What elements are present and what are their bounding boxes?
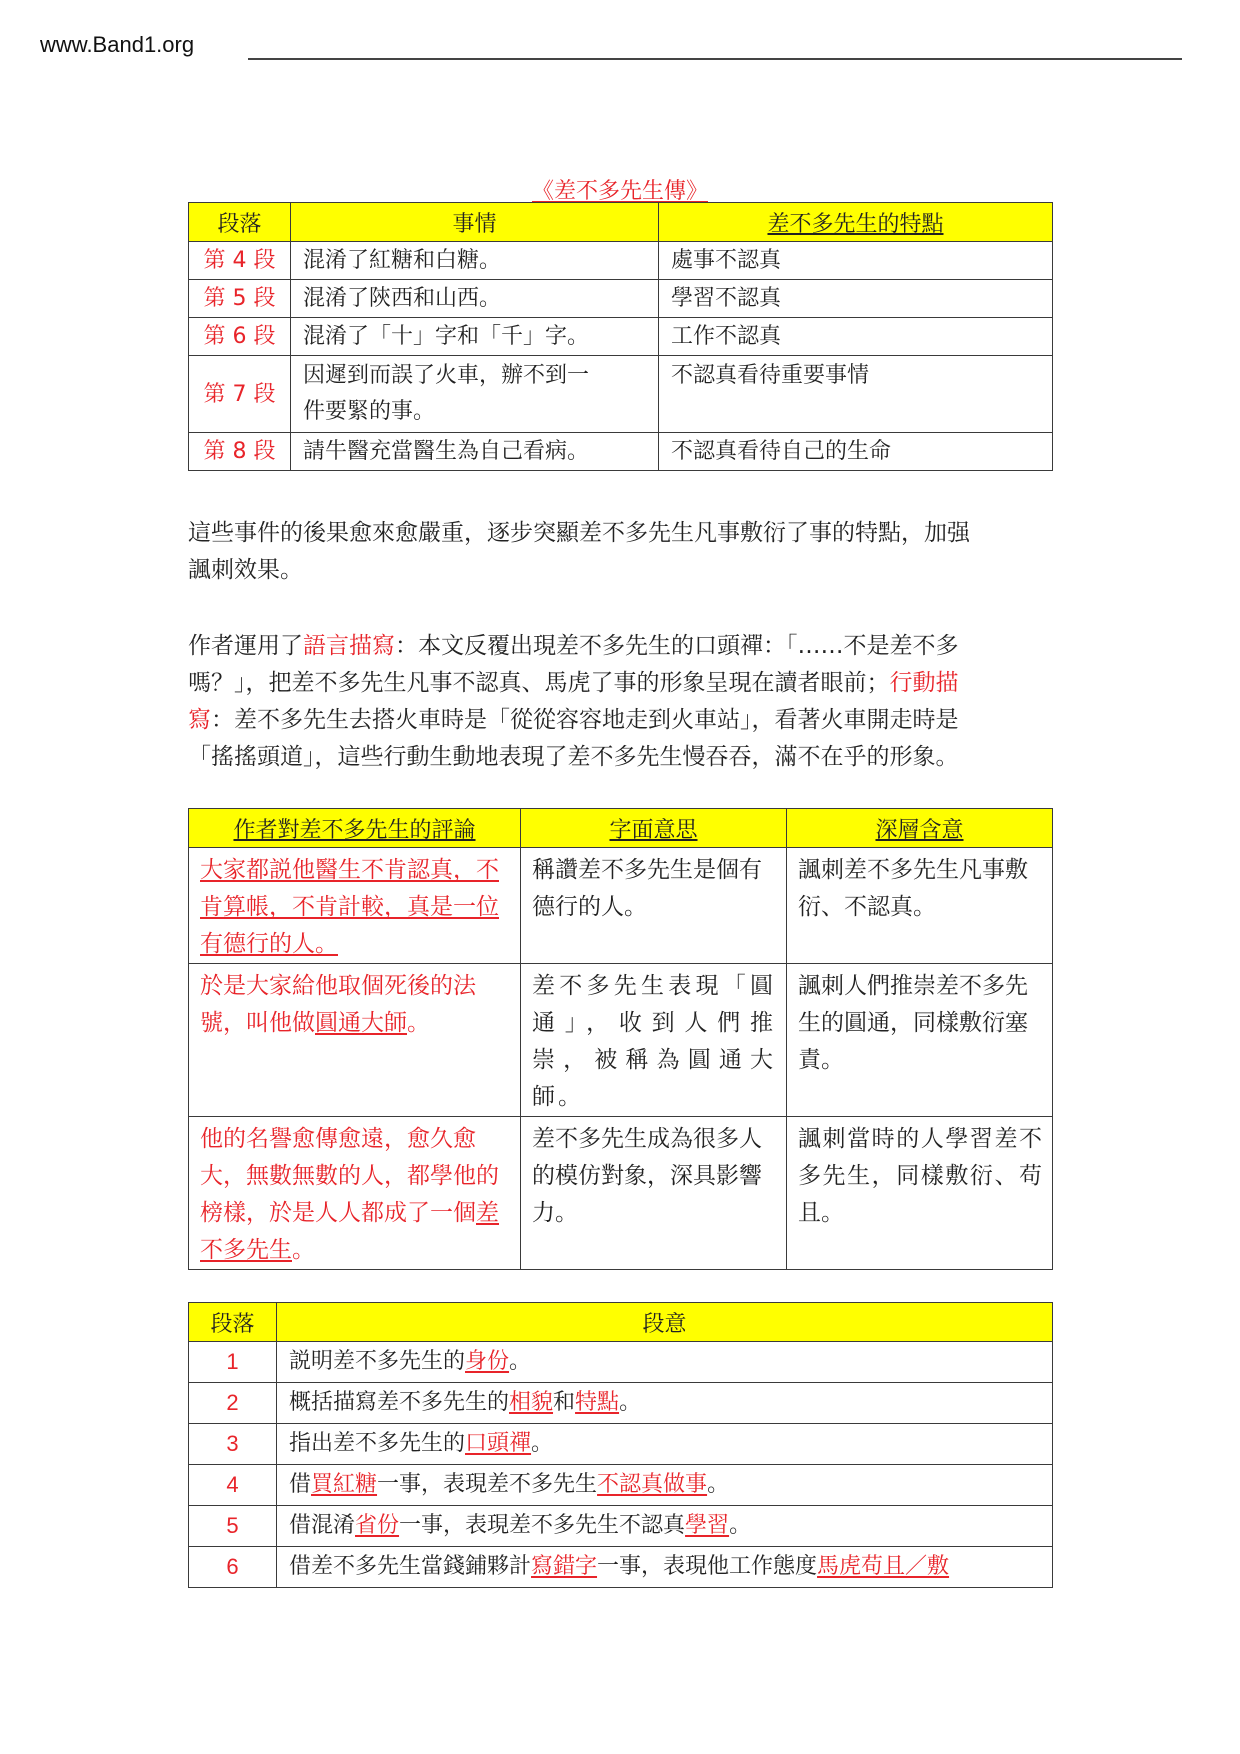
text-span: 。	[707, 1472, 729, 1497]
event-cell: 混淆了陝西和山西。	[291, 280, 659, 318]
paragraph-number: 1	[189, 1342, 277, 1383]
table-row: 3指出差不多先生的口頭禪。	[189, 1424, 1053, 1465]
text-span: 。	[509, 1349, 531, 1374]
text-span: 。	[407, 1010, 430, 1036]
paragraph-number: 4	[189, 1465, 277, 1506]
literal-cell: 差不多先生成為很多人的模仿對象，深具影響力。	[521, 1117, 787, 1270]
text-span: 和	[553, 1390, 575, 1415]
deep-cell: 諷刺人們推崇差不多先生的圓通，同樣敷衍塞責。	[787, 964, 1053, 1117]
highlight-action-description: 寫	[188, 707, 211, 733]
text-line: 嗎？」，把差不多先生凡事不認真、馬虎了事的形象呈現在讀者眼前；行動描	[188, 665, 1058, 702]
meaning-cell: 借混淆省份一事，表現差不多先生不認真學習。	[277, 1506, 1053, 1547]
paragraph-number: 3	[189, 1424, 277, 1465]
header-comment: 作者對差不多先生的評論	[189, 809, 521, 848]
trait-cell: 處事不認真	[659, 242, 1053, 280]
text-span: 借混淆	[289, 1513, 355, 1538]
events-table: 段落 事情 差不多先生的特點 第 4 段 混淆了紅糖和白糖。 處事不認真 第 5…	[188, 202, 1053, 471]
table-row: 4借買紅糖一事，表現差不多先生不認真做事。	[189, 1465, 1053, 1506]
meaning-cell: 説明差不多先生的身份。	[277, 1342, 1053, 1383]
trait-cell: 不認真看待重要事情	[659, 356, 1053, 433]
header-trait: 差不多先生的特點	[659, 203, 1053, 242]
comment-cell: 他的名譽愈傳愈遠，愈久愈大，無數無數的人，都學他的榜樣，於是人人都成了一個差不多…	[189, 1117, 521, 1270]
table-row: 第 6 段 混淆了「十」字和「千」字。 工作不認真	[189, 318, 1053, 356]
header-deep: 深層含意	[787, 809, 1053, 848]
text-line: 作者運用了語言描寫：本文反覆出現差不多先生的口頭禪：「……不是差不多	[188, 628, 1058, 665]
text-line: 「搖搖頭道」，這些行動生動地表現了差不多先生慢吞吞，滿不在乎的形象。	[188, 739, 1058, 776]
header-literal: 字面意思	[521, 809, 787, 848]
header-rule	[248, 58, 1182, 60]
text-span: ：本文反覆出現差不多先生的口頭禪：「……不是差不多	[395, 633, 959, 659]
table-row: 他的名譽愈傳愈遠，愈久愈大，無數無數的人，都學他的榜樣，於是人人都成了一個差不多…	[189, 1117, 1053, 1270]
header-paragraph: 段落	[189, 203, 291, 242]
highlight-action-description: 行動描	[890, 670, 959, 696]
text-span: 一事，表現差不多先生	[377, 1472, 597, 1497]
header-meaning: 段意	[277, 1303, 1053, 1342]
paragraph-cell: 第 7 段	[189, 356, 291, 433]
commentary-table: 作者對差不多先生的評論 字面意思 深層含意 大家都説他醫生不肯認真，不肯算帳，不…	[188, 808, 1053, 1270]
event-cell: 混淆了紅糖和白糖。	[291, 242, 659, 280]
text-span: 。	[729, 1513, 751, 1538]
paragraph-cell: 第 5 段	[189, 280, 291, 318]
paragraph-number: 5	[189, 1506, 277, 1547]
technique-paragraph: 作者運用了語言描寫：本文反覆出現差不多先生的口頭禪：「……不是差不多 嗎？」，把…	[188, 628, 1058, 776]
header-paragraph: 段落	[189, 1303, 277, 1342]
paragraph-summary-table: 段落 段意 1説明差不多先生的身份。 2概括描寫差不多先生的相貌和特點。 3指出…	[188, 1302, 1053, 1588]
table-row: 2概括描寫差不多先生的相貌和特點。	[189, 1383, 1053, 1424]
table-row: 6借差不多先生當錢鋪夥計寫錯字一事，表現他工作態度馬虎苟且／敷	[189, 1547, 1053, 1588]
highlighted-keyword: 身份	[465, 1349, 509, 1374]
literal-cell: 稱讚差不多先生是個有德行的人。	[521, 848, 787, 964]
text-span: 作者運用了	[188, 633, 303, 659]
event-line: 因遲到而誤了火車，辦不到一	[303, 358, 658, 394]
text-span: ：差不多先生去搭火車時是「從從容容地走到火車站」，看著火車開走時是	[211, 707, 959, 733]
text-span: 。	[619, 1390, 641, 1415]
document-title: 《差不多先生傳》	[188, 174, 1052, 205]
deep-cell: 諷刺當時的人學習差不多先生，同樣敷衍、苟且。	[787, 1117, 1053, 1270]
highlighted-keyword: 馬虎苟且／敷	[817, 1554, 949, 1579]
text-span: 。	[531, 1431, 553, 1456]
text-span: 嗎？」，把差不多先生凡事不認真、馬虎了事的形象呈現在讀者眼前；	[188, 670, 890, 696]
table-row: 於是大家給他取個死後的法號，叫他做圓通大師。 差不多先生表現「圓通」，收到人們推…	[189, 964, 1053, 1117]
table-header-row: 作者對差不多先生的評論 字面意思 深層含意	[189, 809, 1053, 848]
table-row: 第 8 段 請牛醫充當醫生為自己看病。 不認真看待自己的生命	[189, 433, 1053, 471]
event-line: 件要緊的事。	[303, 394, 658, 430]
text-span: 。	[292, 1237, 315, 1263]
text-span: 他的名譽愈傳愈遠，愈久愈大，無數無數的人，都學他的榜樣，於是人人都成了一個	[200, 1126, 499, 1226]
meaning-cell: 指出差不多先生的口頭禪。	[277, 1424, 1053, 1465]
event-cell: 因遲到而誤了火車，辦不到一 件要緊的事。	[291, 356, 659, 433]
highlighted-keyword: 學習	[685, 1513, 729, 1538]
header-event: 事情	[291, 203, 659, 242]
text-span: 説明差不多先生的	[289, 1349, 465, 1374]
consequence-paragraph: 這些事件的後果愈來愈嚴重，逐步突顯差不多先生凡事敷衍了事的特點，加强 諷刺效果。	[188, 515, 1058, 589]
text-span: 借	[289, 1472, 311, 1497]
table-row: 第 4 段 混淆了紅糖和白糖。 處事不認真	[189, 242, 1053, 280]
meaning-cell: 借買紅糖一事，表現差不多先生不認真做事。	[277, 1465, 1053, 1506]
comment-cell: 於是大家給他取個死後的法號，叫他做圓通大師。	[189, 964, 521, 1117]
highlighted-keyword: 買紅糖	[311, 1472, 377, 1497]
deep-cell: 諷刺差不多先生凡事敷衍、不認真。	[787, 848, 1053, 964]
paragraph-number: 2	[189, 1383, 277, 1424]
trait-cell: 學習不認真	[659, 280, 1053, 318]
meaning-cell: 借差不多先生當錢鋪夥計寫錯字一事，表現他工作態度馬虎苟且／敷	[277, 1547, 1053, 1588]
event-cell: 混淆了「十」字和「千」字。	[291, 318, 659, 356]
paragraph-cell: 第 4 段	[189, 242, 291, 280]
highlighted-keyword: 特點	[575, 1390, 619, 1415]
table-header-row: 段落 段意	[189, 1303, 1053, 1342]
highlight-language-description: 語言描寫	[303, 633, 395, 659]
text-span: 一事，表現差不多先生不認真	[399, 1513, 685, 1538]
text-line: 這些事件的後果愈來愈嚴重，逐步突顯差不多先生凡事敷衍了事的特點，加强	[188, 515, 1058, 552]
highlighted-keyword: 口頭禪	[465, 1431, 531, 1456]
text-span: 「搖搖頭道」，這些行動生動地表現了差不多先生慢吞吞，滿不在乎的形象。	[188, 744, 959, 770]
table-row: 5借混淆省份一事，表現差不多先生不認真學習。	[189, 1506, 1053, 1547]
highlighted-keyword: 不認真做事	[597, 1472, 707, 1497]
table-row: 第 7 段 因遲到而誤了火車，辦不到一 件要緊的事。 不認真看待重要事情	[189, 356, 1053, 433]
highlighted-keyword: 相貌	[509, 1390, 553, 1415]
table-row: 大家都説他醫生不肯認真，不肯算帳，不肯計較，真是一位有德行的人。 稱讚差不多先生…	[189, 848, 1053, 964]
highlighted-keyword: 寫錯字	[531, 1554, 597, 1579]
text-span: 指出差不多先生的	[289, 1431, 465, 1456]
highlighted-keyword: 省份	[355, 1513, 399, 1538]
site-name: www.Band1.org	[40, 32, 194, 58]
text-line: 諷刺效果。	[188, 552, 1058, 589]
trait-cell: 工作不認真	[659, 318, 1053, 356]
literal-cell: 差不多先生表現「圓通」，收到人們推崇，被稱為圓通大師。	[521, 964, 787, 1117]
paragraph-number: 6	[189, 1547, 277, 1588]
trait-cell: 不認真看待自己的生命	[659, 433, 1053, 471]
text-span: 借差不多先生當錢鋪夥計	[289, 1554, 531, 1579]
paragraph-cell: 第 8 段	[189, 433, 291, 471]
text-line: 寫：差不多先生去搭火車時是「從從容容地走到火車站」，看著火車開走時是	[188, 702, 1058, 739]
comment-cell: 大家都説他醫生不肯認真，不肯算帳，不肯計較，真是一位有德行的人。	[189, 848, 521, 964]
text-span: 一事，表現他工作態度	[597, 1554, 817, 1579]
table-row: 第 5 段 混淆了陝西和山西。 學習不認真	[189, 280, 1053, 318]
event-cell: 請牛醫充當醫生為自己看病。	[291, 433, 659, 471]
text-span: 概括描寫差不多先生的	[289, 1390, 509, 1415]
paragraph-cell: 第 6 段	[189, 318, 291, 356]
underlined-term: 圓通大師	[315, 1010, 407, 1036]
meaning-cell: 概括描寫差不多先生的相貌和特點。	[277, 1383, 1053, 1424]
table-row: 1説明差不多先生的身份。	[189, 1342, 1053, 1383]
table-header-row: 段落 事情 差不多先生的特點	[189, 203, 1053, 242]
